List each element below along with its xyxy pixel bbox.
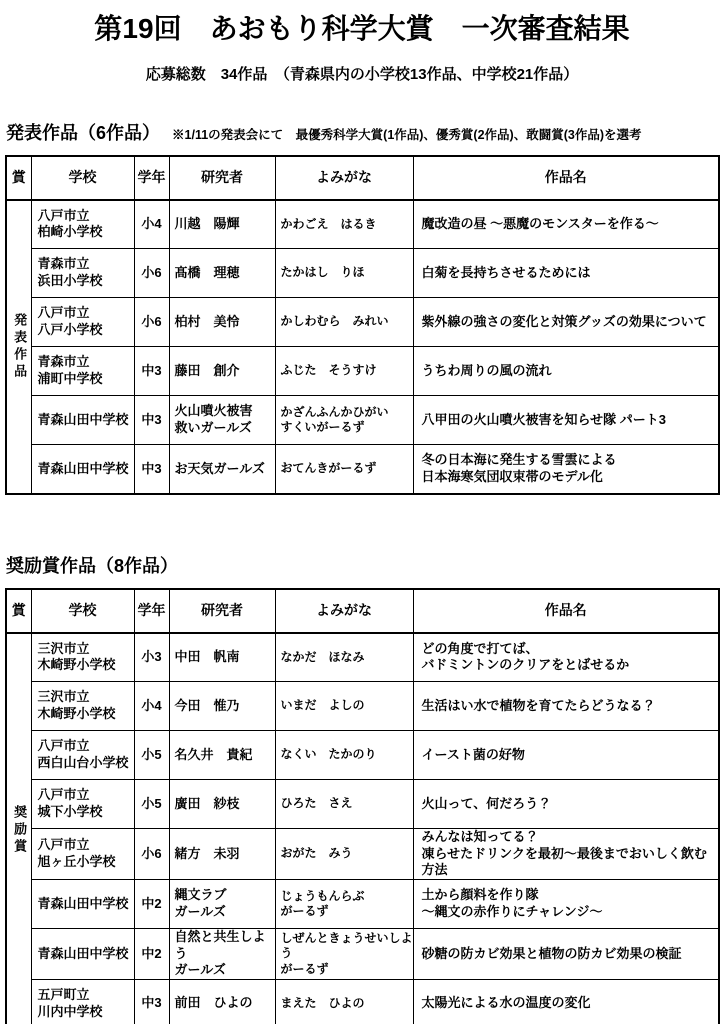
col-header-work: 作品名 [413,156,719,200]
table-row: 八戸市立 西白山台小学校 小5 名久井 貴紀 なくい たかのり イースト菌の好物 [6,731,719,780]
school-cell: 五戸町立 川内中学校 [31,979,134,1024]
table-row: 青森山田中学校 中3 お天気ガールズ おてんきがーるず 冬の日本海に発生する雪雲… [6,445,719,494]
work-title-cell: 土から顔料を作り隊 ～縄文の赤作りにチャレンジ～ [413,879,719,928]
work-title-cell: うちわ周りの風の流れ [413,347,719,396]
section-title-encouragement: 奨励賞作品（8作品） [6,552,178,578]
researcher-cell: 前田 ひよの [169,979,275,1024]
award-vertical-label: 奨励賞 [6,633,31,1024]
col-header-yomigana: よみがな [275,589,413,633]
school-cell: 青森市立 浦町中学校 [31,347,134,396]
school-cell: 八戸市立 城下小学校 [31,780,134,829]
col-header-researcher: 研究者 [169,589,275,633]
researcher-cell: 自然と共生しよう ガールズ [169,928,275,979]
yomigana-cell: いまだ よしの [275,682,413,731]
school-cell: 青森市立 浜田小学校 [31,249,134,298]
grade-cell: 小4 [134,200,169,249]
table-row: 五戸町立 川内中学校 中3 前田 ひよの まえた ひよの 太陽光による水の温度の… [6,979,719,1024]
col-header-researcher: 研究者 [169,156,275,200]
grade-cell: 中2 [134,928,169,979]
yomigana-cell: じょうもんらぶ がーるず [275,879,413,928]
school-cell: 八戸市立 旭ヶ丘小学校 [31,829,134,880]
table-row: 奨励賞 三沢市立 木崎野小学校 小3 中田 帆南 なかだ ほなみ どの角度で打て… [6,633,719,682]
researcher-cell: 今田 惟乃 [169,682,275,731]
grade-cell: 小6 [134,298,169,347]
school-cell: 三沢市立 木崎野小学校 [31,682,134,731]
encouragement-works-table: 賞 学校 学年 研究者 よみがな 作品名 奨励賞 三沢市立 木崎野小学校 小3 … [5,588,720,1024]
researcher-cell: 髙橋 理穂 [169,249,275,298]
table-row: 八戸市立 旭ヶ丘小学校 小6 緒方 未羽 おがた みう みんなは知ってる？ 凍ら… [6,829,719,880]
grade-cell: 小5 [134,780,169,829]
section-heading-encouragement: 奨励賞作品（8作品） [6,552,719,578]
col-header-award: 賞 [6,589,31,633]
col-header-work: 作品名 [413,589,719,633]
col-header-grade: 学年 [134,156,169,200]
page-subtitle: 応募総数 34作品 （青森県内の小学校13作品、中学校21作品） [5,63,719,84]
page-title: 第19回 あおもり科学大賞 一次審査結果 [5,12,719,46]
researcher-cell: 川越 陽輝 [169,200,275,249]
col-header-award: 賞 [6,156,31,200]
school-cell: 青森山田中学校 [31,445,134,494]
researcher-cell: 柏村 美怜 [169,298,275,347]
grade-cell: 中2 [134,879,169,928]
section-note-presentation: ※1/11の発表会にて 最優秀科学大賞(1作品)、優秀賞(2作品)、敢闘賞(3作… [172,125,641,143]
work-title-cell: 生活はい水で植物を育てたらどうなる？ [413,682,719,731]
school-cell: 八戸市立 八戸小学校 [31,298,134,347]
work-title-cell: イースト菌の好物 [413,731,719,780]
award-vertical-label: 発表作品 [6,200,31,494]
yomigana-cell: ふじた そうすけ [275,347,413,396]
yomigana-cell: かわごえ はるき [275,200,413,249]
table-header-row: 賞 学校 学年 研究者 よみがな 作品名 [6,589,719,633]
yomigana-cell: かしわむら みれい [275,298,413,347]
document-page: 第19回 あおもり科学大賞 一次審査結果 応募総数 34作品 （青森県内の小学校… [0,0,725,1024]
school-cell: 青森山田中学校 [31,396,134,445]
yomigana-cell: おがた みう [275,829,413,880]
yomigana-cell: なくい たかのり [275,731,413,780]
presentation-works-table: 賞 学校 学年 研究者 よみがな 作品名 発表作品 八戸市立 柏崎小学校 小4 … [5,155,720,495]
table-row: 青森市立 浜田小学校 小6 髙橋 理穂 たかはし りほ 白菊を長持ちさせるために… [6,249,719,298]
col-header-grade: 学年 [134,589,169,633]
school-cell: 青森山田中学校 [31,928,134,979]
table-row: 三沢市立 木崎野小学校 小4 今田 惟乃 いまだ よしの 生活はい水で植物を育て… [6,682,719,731]
work-title-cell: 冬の日本海に発生する雪雲による 日本海寒気団収束帯のモデル化 [413,445,719,494]
researcher-cell: 名久井 貴紀 [169,731,275,780]
work-title-cell: 砂糖の防カビ効果と植物の防カビ効果の検証 [413,928,719,979]
work-title-cell: 火山って、何だろう？ [413,780,719,829]
table-row: 青森山田中学校 中2 縄文ラブ ガールズ じょうもんらぶ がーるず 土から顔料を… [6,879,719,928]
grade-cell: 小5 [134,731,169,780]
yomigana-cell: しぜんときょうせいしよう がーるず [275,928,413,979]
grade-cell: 中3 [134,347,169,396]
table-row: 八戸市立 城下小学校 小5 廣田 紗枝 ひろた さえ 火山って、何だろう？ [6,780,719,829]
yomigana-cell: おてんきがーるず [275,445,413,494]
col-header-school: 学校 [31,589,134,633]
grade-cell: 中3 [134,445,169,494]
grade-cell: 小4 [134,682,169,731]
grade-cell: 中3 [134,396,169,445]
col-header-school: 学校 [31,156,134,200]
work-title-cell: 太陽光による水の温度の変化 [413,979,719,1024]
school-cell: 三沢市立 木崎野小学校 [31,633,134,682]
school-cell: 八戸市立 柏崎小学校 [31,200,134,249]
school-cell: 青森山田中学校 [31,879,134,928]
work-title-cell: 八甲田の火山噴火被害を知らせ隊 パート3 [413,396,719,445]
section-heading-presentation: 発表作品（6作品） ※1/11の発表会にて 最優秀科学大賞(1作品)、優秀賞(2… [6,119,719,145]
table-row: 青森市立 浦町中学校 中3 藤田 創介 ふじた そうすけ うちわ周りの風の流れ [6,347,719,396]
grade-cell: 小6 [134,249,169,298]
table-header-row: 賞 学校 学年 研究者 よみがな 作品名 [6,156,719,200]
work-title-cell: みんなは知ってる？ 凍らせたドリンクを最初～最後までおいしく飲む方法 [413,829,719,880]
researcher-cell: 縄文ラブ ガールズ [169,879,275,928]
table-row: 発表作品 八戸市立 柏崎小学校 小4 川越 陽輝 かわごえ はるき 魔改造の昼 … [6,200,719,249]
yomigana-cell: まえた ひよの [275,979,413,1024]
table-row: 青森山田中学校 中3 火山噴火被害 救いガールズ かざんふんかひがい すくいがー… [6,396,719,445]
grade-cell: 中3 [134,979,169,1024]
researcher-cell: 緒方 未羽 [169,829,275,880]
researcher-cell: 火山噴火被害 救いガールズ [169,396,275,445]
yomigana-cell: なかだ ほなみ [275,633,413,682]
yomigana-cell: ひろた さえ [275,780,413,829]
work-title-cell: どの角度で打てば、 バドミントンのクリアをとばせるか [413,633,719,682]
grade-cell: 小3 [134,633,169,682]
researcher-cell: お天気ガールズ [169,445,275,494]
researcher-cell: 藤田 創介 [169,347,275,396]
table-row: 八戸市立 八戸小学校 小6 柏村 美怜 かしわむら みれい 紫外線の強さの変化と… [6,298,719,347]
researcher-cell: 廣田 紗枝 [169,780,275,829]
col-header-yomigana: よみがな [275,156,413,200]
work-title-cell: 紫外線の強さの変化と対策グッズの効果について [413,298,719,347]
section-title-presentation: 発表作品（6作品） [6,119,160,145]
grade-cell: 小6 [134,829,169,880]
yomigana-cell: たかはし りほ [275,249,413,298]
school-cell: 八戸市立 西白山台小学校 [31,731,134,780]
work-title-cell: 魔改造の昼 ～悪魔のモンスターを作る～ [413,200,719,249]
table-row: 青森山田中学校 中2 自然と共生しよう ガールズ しぜんときょうせいしよう がー… [6,928,719,979]
yomigana-cell: かざんふんかひがい すくいがーるず [275,396,413,445]
work-title-cell: 白菊を長持ちさせるためには [413,249,719,298]
researcher-cell: 中田 帆南 [169,633,275,682]
